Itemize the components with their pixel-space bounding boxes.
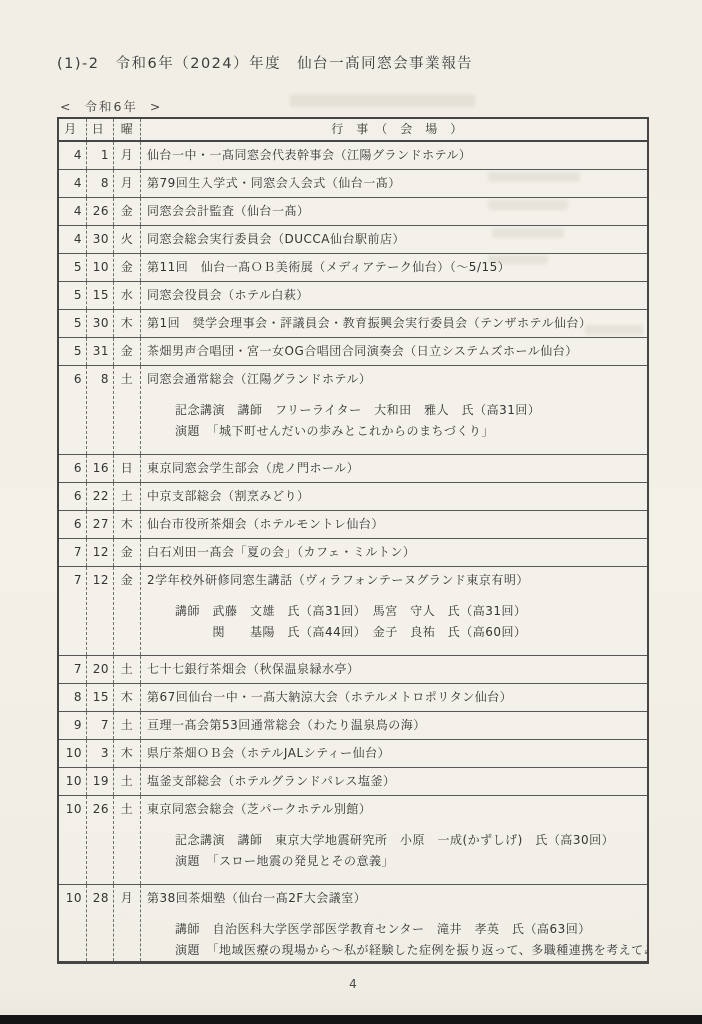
event-title: 第11回 仙台一髙ＯＢ美術展（メディアテーク仙台）（～5/15） xyxy=(147,254,647,281)
event-title: 2学年校外研修同窓生講話（ヴィラフォンテーヌグランド東京有明） xyxy=(147,567,647,594)
cell-month: 7 xyxy=(59,567,87,655)
event-title: 第38回茶畑塾（仙台一髙2F大会議室） xyxy=(147,885,647,912)
cell-month: 5 xyxy=(59,282,87,309)
cell-day: 20 xyxy=(87,656,114,683)
event-sub-line: 講師 自治医科大学医学部医学教育センター 滝井 孝英 氏（高63回） xyxy=(147,919,647,940)
page-title: (1)-2 令和6年（2024）年度 仙台一髙同窓会事業報告 xyxy=(57,52,473,73)
event-sub-line: 関 基陽 氏（高44回） 金子 良祐 氏（高60回） xyxy=(147,622,647,643)
cell-event: 七十七銀行茶畑会（秋保温泉緑水亭） xyxy=(141,656,647,683)
table-row: 627木仙台市役所茶畑会（ホテルモントレ仙台） xyxy=(59,511,647,539)
cell-day: 30 xyxy=(87,226,114,253)
cell-event: 亘理一髙会第53回通常総会（わたり温泉鳥の海） xyxy=(141,712,647,739)
cell-weekday: 土 xyxy=(114,483,141,510)
event-title: 白石刈田一髙会「夏の会」（カフェ・ミルトン） xyxy=(147,539,647,566)
scan-edge-shadow xyxy=(0,1015,702,1024)
cell-day: 16 xyxy=(87,455,114,482)
cell-weekday: 土 xyxy=(114,712,141,739)
event-sub-line: 演題 「地域医療の現場から～私が経験した症例を振り返って、多職種連携を考えてみよ… xyxy=(147,940,647,961)
cell-day: 10 xyxy=(87,254,114,281)
event-title: 同窓会通常総会（江陽グランドホテル） xyxy=(147,366,647,393)
bleed-through-artifact xyxy=(492,228,564,238)
cell-month: 4 xyxy=(59,170,87,197)
cell-weekday: 土 xyxy=(114,366,141,454)
cell-event: 仙台市役所茶畑会（ホテルモントレ仙台） xyxy=(141,511,647,538)
cell-weekday: 土 xyxy=(114,768,141,795)
cell-day: 28 xyxy=(87,885,114,961)
cell-day: 30 xyxy=(87,310,114,337)
header-day: 日 xyxy=(87,119,114,140)
event-title: 仙台市役所茶畑会（ホテルモントレ仙台） xyxy=(147,511,647,538)
cell-month: 6 xyxy=(59,366,87,454)
cell-day: 8 xyxy=(87,170,114,197)
cell-day: 15 xyxy=(87,684,114,711)
cell-event: 同窓会通常総会（江陽グランドホテル）記念講演 講師 フリーライター 大和田 雅人… xyxy=(141,366,647,454)
cell-day: 26 xyxy=(87,198,114,225)
cell-weekday: 火 xyxy=(114,226,141,253)
cell-event: 白石刈田一髙会「夏の会」（カフェ・ミルトン） xyxy=(141,539,647,566)
page-number: 4 xyxy=(57,977,649,991)
cell-event: 中京支部総会（割烹みどり） xyxy=(141,483,647,510)
cell-weekday: 木 xyxy=(114,310,141,337)
header-event: 行 事 （ 会 場 ） xyxy=(141,119,647,140)
event-title: 仙台一中・一髙同窓会代表幹事会（江陽グランドホテル） xyxy=(147,142,647,169)
cell-day: 26 xyxy=(87,796,114,884)
cell-weekday: 日 xyxy=(114,455,141,482)
cell-weekday: 金 xyxy=(114,338,141,365)
cell-weekday: 月 xyxy=(114,142,141,169)
cell-weekday: 金 xyxy=(114,567,141,655)
table-row: 530木第1回 奨学会理事会・評議員会・教育振興会実行委員会（テンザホテル仙台） xyxy=(59,310,647,338)
cell-weekday: 月 xyxy=(114,170,141,197)
bleed-through-artifact xyxy=(585,325,643,335)
event-title: 県庁茶畑ＯＢ会（ホテルJALシティー仙台） xyxy=(147,740,647,767)
event-title: 同窓会会計監査（仙台一髙） xyxy=(147,198,647,225)
table-row: 510金第11回 仙台一髙ＯＢ美術展（メディアテーク仙台）（～5/15） xyxy=(59,254,647,282)
event-title: 同窓会役員会（ホテル白萩） xyxy=(147,282,647,309)
cell-month: 6 xyxy=(59,455,87,482)
event-title: 茶畑男声合唱団・宮一女OG合唱団合同演奏会（日立システムズホール仙台） xyxy=(147,338,647,365)
event-title: 中京支部総会（割烹みどり） xyxy=(147,483,647,510)
cell-month: 4 xyxy=(59,198,87,225)
event-sub-line: 記念講演 講師 東京大学地震研究所 小原 一成(かずしげ) 氏（高30回） xyxy=(147,830,647,851)
bleed-through-artifact xyxy=(488,255,548,264)
cell-month: 5 xyxy=(59,338,87,365)
cell-event: 同窓会役員会（ホテル白萩） xyxy=(141,282,647,309)
cell-day: 22 xyxy=(87,483,114,510)
cell-event: 東京同窓会学生部会（虎ノ門ホール） xyxy=(141,455,647,482)
event-sub-line: 演題 「スロー地震の発見とその意義」 xyxy=(147,851,647,872)
events-table-body: 41月仙台一中・一髙同窓会代表幹事会（江陽グランドホテル）48月第79回生入学式… xyxy=(59,142,647,961)
event-title: 第67回仙台一中・一髙大納涼大会（ホテルメトロポリタン仙台） xyxy=(147,684,647,711)
table-header-row: 月 日 曜 行 事 （ 会 場 ） xyxy=(59,119,647,142)
table-row: 1028月第38回茶畑塾（仙台一髙2F大会議室）講師 自治医科大学医学部医学教育… xyxy=(59,885,647,961)
event-title: 東京同窓会学生部会（虎ノ門ホール） xyxy=(147,455,647,482)
cell-day: 12 xyxy=(87,539,114,566)
cell-month: 10 xyxy=(59,740,87,767)
prev-year-arrow: < xyxy=(60,99,72,114)
cell-month: 5 xyxy=(59,254,87,281)
cell-weekday: 金 xyxy=(114,198,141,225)
table-row: 815木第67回仙台一中・一髙大納涼大会（ホテルメトロポリタン仙台） xyxy=(59,684,647,712)
cell-day: 3 xyxy=(87,740,114,767)
cell-event: 同窓会会計監査（仙台一髙） xyxy=(141,198,647,225)
cell-weekday: 木 xyxy=(114,684,141,711)
cell-day: 8 xyxy=(87,366,114,454)
event-title: 東京同窓会総会（芝パークホテル別館） xyxy=(147,796,647,823)
cell-month: 4 xyxy=(59,226,87,253)
cell-day: 19 xyxy=(87,768,114,795)
event-sub-line: 講師 武藤 文雄 氏（高31回） 馬宮 守人 氏（高31回） xyxy=(147,601,647,622)
event-title: 七十七銀行茶畑会（秋保温泉緑水亭） xyxy=(147,656,647,683)
cell-event: 第38回茶畑塾（仙台一髙2F大会議室）講師 自治医科大学医学部医学教育センター … xyxy=(141,885,647,961)
cell-event: 同窓会総会実行委員会（DUCCA仙台駅前店） xyxy=(141,226,647,253)
table-row: 1026土東京同窓会総会（芝パークホテル別館）記念講演 講師 東京大学地震研究所… xyxy=(59,796,647,885)
event-title: 同窓会総会実行委員会（DUCCA仙台駅前店） xyxy=(147,226,647,253)
cell-weekday: 木 xyxy=(114,740,141,767)
header-month: 月 xyxy=(59,119,87,140)
table-row: 68土同窓会通常総会（江陽グランドホテル）記念講演 講師 フリーライター 大和田… xyxy=(59,366,647,455)
next-year-arrow: > xyxy=(150,99,162,114)
table-row: 41月仙台一中・一髙同窓会代表幹事会（江陽グランドホテル） xyxy=(59,142,647,170)
cell-weekday: 金 xyxy=(114,539,141,566)
table-row: 1019土塩釜支部総会（ホテルグランドパレス塩釜） xyxy=(59,768,647,796)
cell-month: 6 xyxy=(59,511,87,538)
cell-day: 31 xyxy=(87,338,114,365)
event-title: 亘理一髙会第53回通常総会（わたり温泉鳥の海） xyxy=(147,712,647,739)
era-year-line: < 令和6年 > xyxy=(60,97,168,115)
cell-month: 10 xyxy=(59,885,87,961)
table-row: 616日東京同窓会学生部会（虎ノ門ホール） xyxy=(59,455,647,483)
table-row: 531金茶畑男声合唱団・宮一女OG合唱団合同演奏会（日立システムズホール仙台） xyxy=(59,338,647,366)
cell-event: 第11回 仙台一髙ＯＢ美術展（メディアテーク仙台）（～5/15） xyxy=(141,254,647,281)
table-row: 712金2学年校外研修同窓生講話（ヴィラフォンテーヌグランド東京有明）講師 武藤… xyxy=(59,567,647,656)
event-sub-line: 記念講演 講師 フリーライター 大和田 雅人 氏（高31回） xyxy=(147,400,647,421)
cell-event: 県庁茶畑ＯＢ会（ホテルJALシティー仙台） xyxy=(141,740,647,767)
table-row: 97土亘理一髙会第53回通常総会（わたり温泉鳥の海） xyxy=(59,712,647,740)
table-row: 720土七十七銀行茶畑会（秋保温泉緑水亭） xyxy=(59,656,647,684)
cell-month: 10 xyxy=(59,796,87,884)
cell-day: 27 xyxy=(87,511,114,538)
event-sub-line: 演題 「城下町せんだいの歩みとこれからのまちづくり」 xyxy=(147,421,647,442)
cell-weekday: 金 xyxy=(114,254,141,281)
bleed-through-artifact xyxy=(290,94,475,107)
cell-day: 12 xyxy=(87,567,114,655)
scanned-document-page: (1)-2 令和6年（2024）年度 仙台一髙同窓会事業報告 < 令和6年 > … xyxy=(0,0,702,1024)
cell-event: 仙台一中・一髙同窓会代表幹事会（江陽グランドホテル） xyxy=(141,142,647,169)
cell-month: 5 xyxy=(59,310,87,337)
era-year-label: 令和6年 xyxy=(84,99,137,114)
cell-month: 9 xyxy=(59,712,87,739)
table-row: 712金白石刈田一髙会「夏の会」（カフェ・ミルトン） xyxy=(59,539,647,567)
cell-event: 2学年校外研修同窓生講話（ヴィラフォンテーヌグランド東京有明）講師 武藤 文雄 … xyxy=(141,567,647,655)
cell-month: 7 xyxy=(59,656,87,683)
cell-day: 7 xyxy=(87,712,114,739)
cell-event: 第67回仙台一中・一髙大納涼大会（ホテルメトロポリタン仙台） xyxy=(141,684,647,711)
table-row: 103木県庁茶畑ＯＢ会（ホテルJALシティー仙台） xyxy=(59,740,647,768)
bleed-through-artifact xyxy=(488,200,568,210)
events-table: 月 日 曜 行 事 （ 会 場 ） 41月仙台一中・一髙同窓会代表幹事会（江陽グ… xyxy=(57,117,649,964)
bleed-through-artifact xyxy=(488,172,580,182)
cell-day: 15 xyxy=(87,282,114,309)
cell-month: 4 xyxy=(59,142,87,169)
table-row: 515水同窓会役員会（ホテル白萩） xyxy=(59,282,647,310)
cell-weekday: 木 xyxy=(114,511,141,538)
event-title: 第1回 奨学会理事会・評議員会・教育振興会実行委員会（テンザホテル仙台） xyxy=(147,310,647,337)
cell-month: 7 xyxy=(59,539,87,566)
cell-weekday: 土 xyxy=(114,796,141,884)
header-weekday: 曜 xyxy=(114,119,141,140)
cell-weekday: 土 xyxy=(114,656,141,683)
cell-day: 1 xyxy=(87,142,114,169)
cell-event: 東京同窓会総会（芝パークホテル別館）記念講演 講師 東京大学地震研究所 小原 一… xyxy=(141,796,647,884)
cell-month: 10 xyxy=(59,768,87,795)
event-title: 塩釜支部総会（ホテルグランドパレス塩釜） xyxy=(147,768,647,795)
cell-event: 塩釜支部総会（ホテルグランドパレス塩釜） xyxy=(141,768,647,795)
cell-month: 6 xyxy=(59,483,87,510)
cell-event: 第1回 奨学会理事会・評議員会・教育振興会実行委員会（テンザホテル仙台） xyxy=(141,310,647,337)
cell-weekday: 水 xyxy=(114,282,141,309)
cell-event: 茶畑男声合唱団・宮一女OG合唱団合同演奏会（日立システムズホール仙台） xyxy=(141,338,647,365)
cell-month: 8 xyxy=(59,684,87,711)
cell-weekday: 月 xyxy=(114,885,141,961)
table-row: 622土中京支部総会（割烹みどり） xyxy=(59,483,647,511)
